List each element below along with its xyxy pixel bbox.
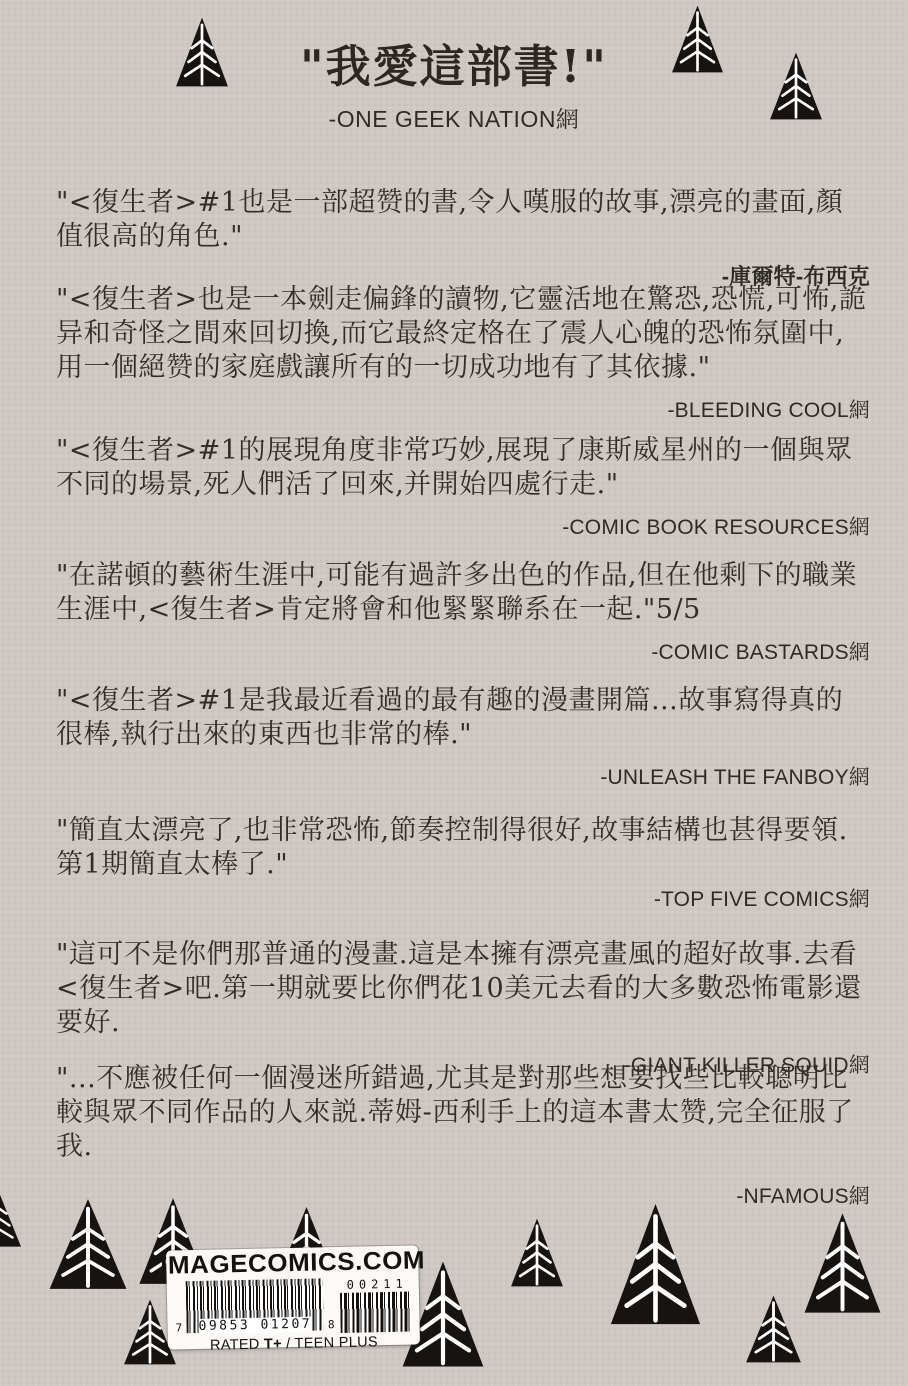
quote-block: "<復生者>也是一本劍走偏鋒的讀物,它靈活地在驚恐,恐慌,可怖,詭异和奇怪之間來… <box>56 283 870 424</box>
headline-quote: "我愛這部書!" <box>0 30 908 95</box>
barcode-row: 7 09853 01207 8 00211 <box>167 1275 420 1336</box>
quote-text: "在諾頓的藝術生涯中,可能有過許多出色的作品,但在他剩下的職業生涯中,<復生者>… <box>56 559 870 627</box>
fir-tree-icon <box>609 1201 702 1327</box>
upc-center-digits: 09853 01207 <box>198 1317 311 1334</box>
upc-right-digit: 8 <box>328 1318 335 1331</box>
quote-attribution: -NFAMOUS網 <box>56 1180 870 1210</box>
rating-suffix: / TEEN PLUS <box>282 1334 378 1352</box>
headline-block: "我愛這部書!" -ONE GEEK NATION網 <box>0 30 908 134</box>
quote-attribution: -COMIC BASTARDS網 <box>56 636 870 666</box>
issue-code: 00211 <box>340 1277 410 1292</box>
quote-attribution: -BLEEDING COOL網 <box>56 394 870 424</box>
fir-tree-icon <box>745 1294 802 1364</box>
fir-tree-icon <box>48 1197 128 1291</box>
quote-text: "<復生者>也是一本劍走偏鋒的讀物,它靈活地在驚恐,恐慌,可怖,詭异和奇怪之間來… <box>56 283 870 385</box>
quote-attribution: -COMIC BOOK RESOURCES網 <box>56 511 870 541</box>
quote-attribution: -TOP FIVE COMICS網 <box>56 883 870 913</box>
headline-attribution: -ONE GEEK NATION網 <box>0 101 908 134</box>
publisher-url: IMAGECOMICS.COM <box>160 1246 425 1281</box>
quote-block: "<復生者>#1也是一部超赞的書,令人嘆服的故事,漂亮的畫面,顏值很高的角色."… <box>56 186 870 291</box>
upc-left-digit: 7 <box>175 1321 182 1334</box>
fir-tree-icon <box>510 1217 564 1288</box>
quote-text: "<復生者>#1是我最近看過的最有趣的漫畫開篇...故事寫得真的很棒,執行出來的… <box>56 684 870 752</box>
quote-attribution: -UNLEASH THE FANBOY網 <box>56 761 870 791</box>
issue-barcode: 00211 <box>340 1277 411 1333</box>
rating-code: T+ <box>264 1336 282 1352</box>
quote-text: "這可不是你們那普通的漫畫.這是本擁有漂亮畫風的超好故事.去看<復生者>吧.第一… <box>56 938 870 1040</box>
quote-block: "<復生者>#1的展現角度非常巧妙,展現了康斯威星州的一個與眾不同的場景,死人們… <box>56 434 870 541</box>
quote-text: "<復生者>#1的展現角度非常巧妙,展現了康斯威星州的一個與眾不同的場景,死人們… <box>56 434 870 502</box>
upc-barcode: 7 09853 01207 8 <box>176 1278 334 1336</box>
quote-block: "這可不是你們那普通的漫畫.這是本擁有漂亮畫風的超好故事.去看<復生者>吧.第一… <box>56 938 870 1079</box>
quote-text: "簡直太漂亮了,也非常恐怖,節奏控制得很好,故事結構也甚得要領.第1期簡直太棒了… <box>56 814 870 882</box>
issue-bars <box>340 1292 411 1333</box>
quote-block: "...不應被任何一個漫迷所錯過,尤其是對那些想要找些比較聰明比較與眾不同作品的… <box>56 1062 870 1210</box>
quote-text: "<復生者>#1也是一部超赞的書,令人嘆服的故事,漂亮的畫面,顏值很高的角色." <box>56 186 870 254</box>
quote-block: "簡直太漂亮了,也非常恐怖,節奏控制得很好,故事結構也甚得要領.第1期簡直太棒了… <box>56 814 870 913</box>
fir-tree-icon <box>0 1186 22 1248</box>
quote-text: "...不應被任何一個漫迷所錯過,尤其是對那些想要找些比較聰明比較與眾不同作品的… <box>56 1062 870 1164</box>
barcode-panel: IMAGECOMICS.COM 7 09853 01207 8 00211 RA… <box>166 1245 420 1349</box>
fir-tree-icon <box>803 1211 882 1315</box>
rating-prefix: RATED <box>210 1337 264 1354</box>
quote-block: "在諾頓的藝術生涯中,可能有過許多出色的作品,但在他剩下的職業生涯中,<復生者>… <box>56 559 870 666</box>
rating-label: RATED T+ / TEEN PLUS <box>210 1334 378 1354</box>
quote-block: "<復生者>#1是我最近看過的最有趣的漫畫開篇...故事寫得真的很棒,執行出來的… <box>56 684 870 791</box>
